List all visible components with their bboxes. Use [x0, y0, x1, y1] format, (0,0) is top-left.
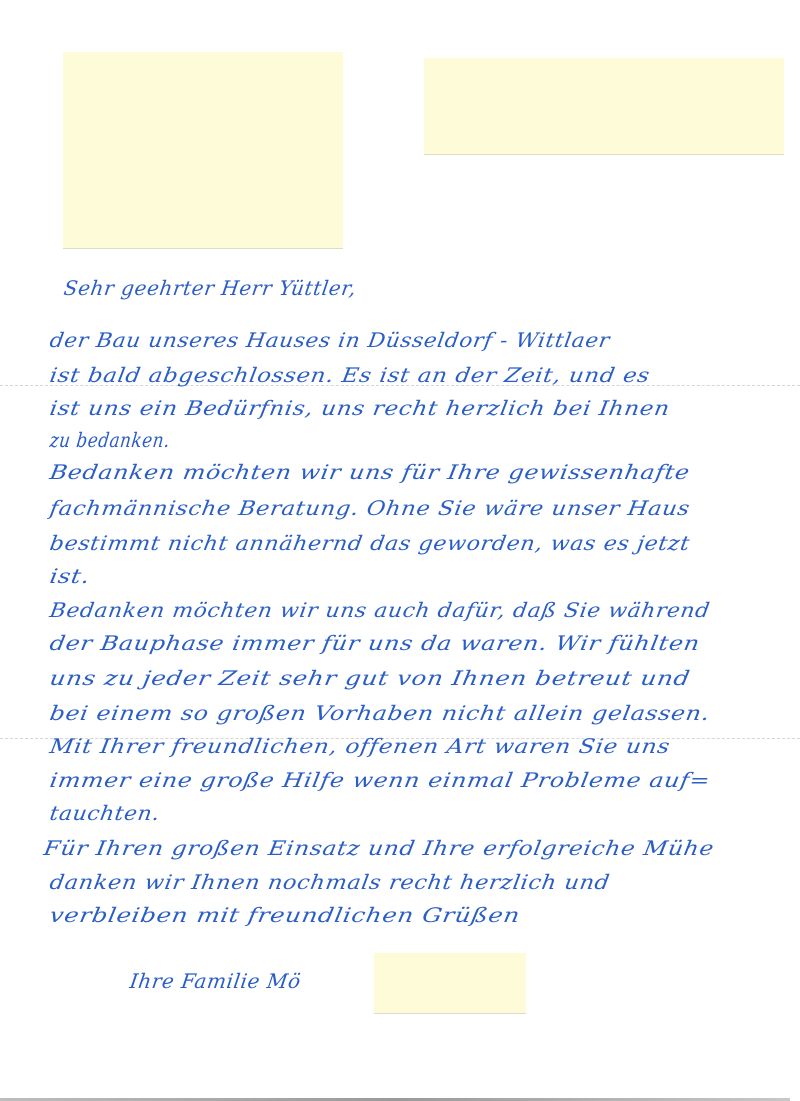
letter-line: Für Ihren großen Einsatz und Ihre erfolg… — [42, 838, 715, 858]
redaction-signature-surname — [374, 953, 526, 1014]
letter-salutation: Sehr geehrter Herr Yüttler, — [63, 278, 358, 298]
letter-line: der Bauphase immer für uns da waren. Wir… — [48, 633, 701, 653]
redaction-recipient-address — [424, 58, 784, 155]
letter-line: Bedanken möchten wir uns für Ihre gewiss… — [48, 462, 691, 482]
redaction-sender-address — [63, 52, 343, 249]
letter-line: bestimmt nicht annähernd das geworden, w… — [48, 533, 691, 553]
letter-line: ist uns ein Bedürfnis, uns recht herzlic… — [48, 398, 671, 418]
letter-closing: Ihre Familie Mö — [129, 971, 303, 991]
letter-line: immer eine große Hilfe wenn einmal Probl… — [48, 770, 712, 790]
letter-line: uns zu jeder Zeit sehr gut von Ihnen bet… — [48, 668, 692, 688]
letter-line: verbleiben mit freundlichen Grüßen — [48, 905, 522, 925]
letter-line: tauchten. — [48, 803, 161, 823]
scanned-letter-page: Sehr geehrter Herr Yüttler, der Bau unse… — [0, 0, 800, 1101]
letter-line: ist bald abgeschlossen. Es ist an der Ze… — [48, 365, 651, 385]
letter-line: fachmännische Beratung. Ohne Sie wäre un… — [48, 498, 691, 518]
letter-line: danken wir Ihnen nochmals recht herzlich… — [48, 872, 611, 892]
letter-line: zu bedanken. — [49, 430, 171, 450]
letter-line: bei einem so großen Vorhaben nicht allei… — [48, 703, 711, 723]
letter-line: Bedanken möchten wir uns auch dafür, daß… — [48, 600, 711, 620]
letter-line: der Bau unseres Hauses in Düsseldorf - W… — [48, 330, 611, 350]
letter-line: Mit Ihrer freundlichen, offenen Art ware… — [48, 736, 671, 756]
letter-line: ist. — [48, 566, 91, 586]
